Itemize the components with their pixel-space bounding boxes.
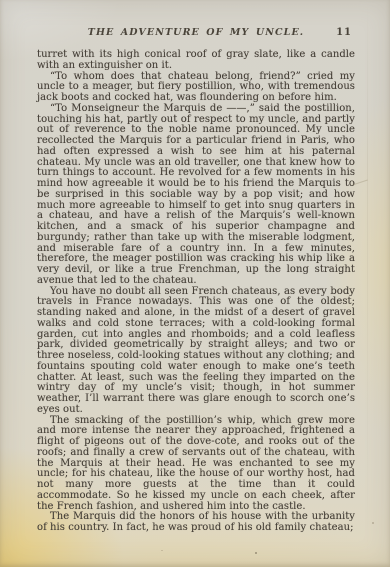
book-page-scan: THE ADVENTURE OF MY UNCLE. 11 turret wit…: [0, 0, 390, 567]
paragraph-turret-continuation: turret with its high conical roof of gra…: [37, 50, 355, 72]
running-title: THE ADVENTURE OF MY UNCLE.: [37, 27, 355, 38]
page-number: 11: [336, 27, 352, 38]
paragraph-marquis-honors: The Marquis did the honors of his house …: [37, 512, 355, 534]
paragraph-smacking-whip: The smacking of the postillion’s whip, w…: [37, 416, 355, 513]
paragraph-to-whom-belongs: “To whom does that chateau belong, frien…: [37, 72, 355, 104]
paragraph-french-chateaus: You have no doubt all seen French chatea…: [37, 287, 355, 416]
body-text-block: turret with its high conical roof of gra…: [37, 50, 355, 534]
paper-speck: [161, 550, 163, 551]
paragraph-monseigneur-marquis: “To Monseigneur the Marquis de ——,” said…: [37, 104, 355, 287]
page-header: THE ADVENTURE OF MY UNCLE. 11: [37, 27, 355, 41]
paper-speck: [372, 522, 374, 524]
scan-crease-line: [367, 0, 368, 567]
paper-speck: [255, 552, 257, 554]
